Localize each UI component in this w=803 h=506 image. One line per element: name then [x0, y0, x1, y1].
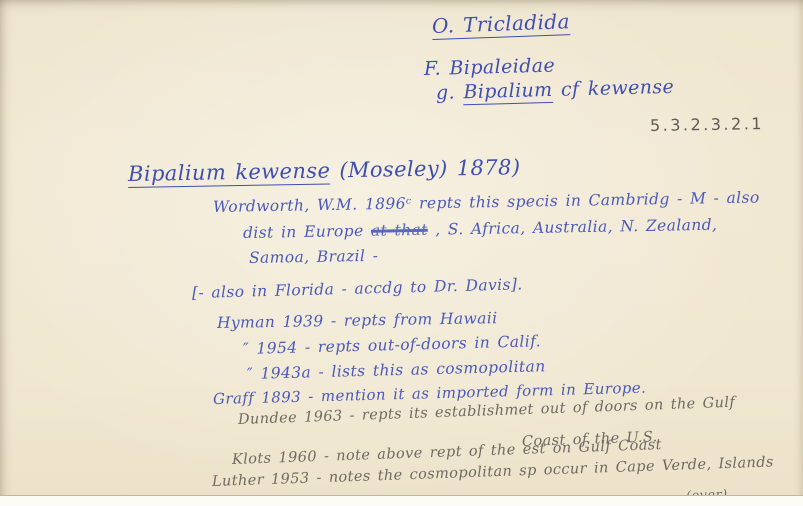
order-text: O. Tricladida — [432, 9, 571, 40]
note-line: ″ 1954 - repts out-of-doors in Calif. — [243, 332, 541, 358]
note-line: [- also in Florida - accdg to Dr. Davis]… — [192, 275, 523, 302]
scan-edge — [0, 495, 803, 506]
note-line: Samoa, Brazil - — [249, 247, 379, 267]
genus-name: Bipalium — [463, 79, 553, 105]
note-line: ″ 1943a - lists this as cosmopolitan — [247, 357, 546, 383]
species-name: Bipalium kewense — [128, 158, 331, 188]
struck-out-text: at that — [371, 221, 428, 240]
note-post: , S. Africa, Australia, N. Zealand, — [428, 216, 718, 239]
species-authority: (Moseley) 1878) — [330, 155, 521, 182]
index-card: O. Tricladida F. Bipaleidae g. Bipalium … — [0, 0, 803, 506]
taxonomy-order-line: O. Tricladida — [432, 9, 571, 38]
note-pre: dist in Europe — [243, 222, 371, 242]
genus-prefix: g. — [436, 81, 464, 104]
genus-suffix: cf kewense — [552, 76, 674, 101]
taxonomy-family-line: F. Bipaleidae — [424, 55, 556, 80]
species-heading: Bipalium kewense (Moseley) 1878) — [128, 155, 521, 186]
note-line: dist in Europe at that , S. Africa, Aust… — [243, 216, 718, 242]
note-line: Wordworth, W.M. 1896ᶜ repts this specis … — [213, 188, 760, 216]
taxonomy-genus-line: g. Bipalium cf kewense — [436, 76, 675, 104]
note-line: Hyman 1939 - repts from Hawaii — [217, 309, 498, 332]
catalog-number: 5.3.2.3.2.1 — [650, 114, 764, 135]
family-text: F. Bipaleidae — [424, 55, 556, 80]
